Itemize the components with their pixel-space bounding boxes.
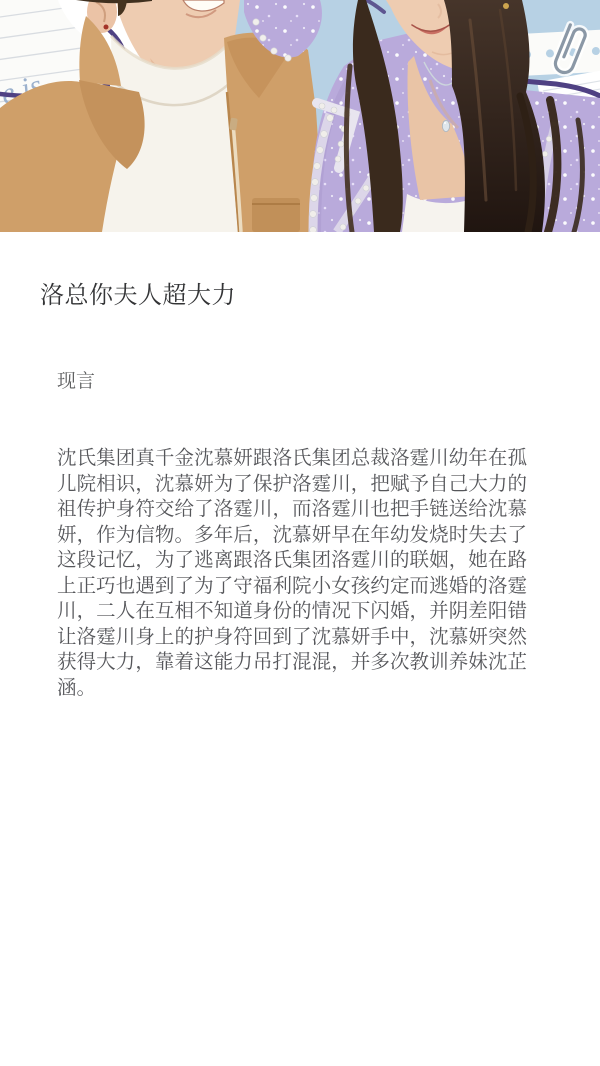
content-section: 洛总你夫人超大力 现言 沈氏集团真千金沈慕妍跟洛氏集团总裁洛霆川幼年在孤儿院相识… xyxy=(0,281,600,701)
necklace-pendant xyxy=(442,120,449,131)
gold-earring xyxy=(503,3,509,9)
novel-title: 洛总你夫人超大力 xyxy=(40,281,600,310)
category-tag: 现言 xyxy=(57,370,600,394)
synopsis-text: 沈氏集团真千金沈慕妍跟洛氏集团总裁洛霆川幼年在孤儿院相识，沈慕妍为了保护洛霆川，… xyxy=(57,446,527,701)
cover-photo: e is the xyxy=(0,0,600,232)
earring xyxy=(104,25,109,30)
novel-detail-page: e is the xyxy=(0,0,600,1066)
